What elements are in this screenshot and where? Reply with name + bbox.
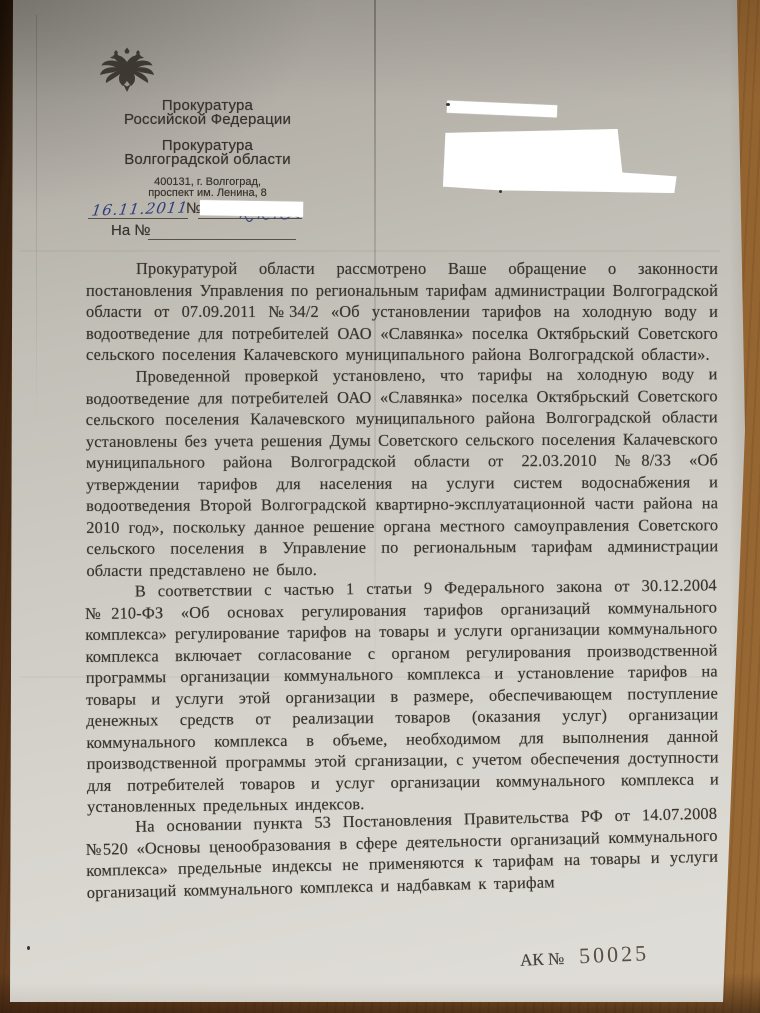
org-address-line2: проспект им. Ленина, 8: [80, 188, 335, 199]
letter-paper: Прокуратура Российской Федерации Прокура…: [0, 0, 760, 1013]
reply-number-label: На №: [111, 222, 150, 239]
body-paragraph: Прокуратурой области рассмотрено Ваше об…: [86, 258, 718, 366]
form-code-label: АК №: [520, 949, 565, 971]
reply-number-underline: [148, 239, 296, 240]
redaction-outgoing-number: [200, 200, 303, 217]
ink-speck: [27, 946, 30, 950]
outgoing-date-handwritten: 16.11.2011: [90, 198, 189, 219]
org-regional-line2: Волгоградской области: [80, 153, 335, 167]
form-code-number: 50025: [579, 940, 650, 969]
coat-of-arms-icon: [96, 46, 158, 96]
date-underline: [88, 218, 188, 219]
paper-crease-left: [36, 15, 37, 435]
paper-fold-line-upper: [20, 250, 720, 252]
org-name-federal: Прокуратура Российской Федерации: [80, 99, 335, 127]
redaction-addressee-line: [447, 101, 557, 118]
org-federal-line2: Российской Федерации: [80, 113, 335, 127]
stationery-form-code: АК № 50025: [519, 940, 649, 972]
letter-body: Прокуратурой области рассмотрено Ваше об…: [86, 258, 718, 903]
org-name-regional: Прокуратура Волгоградской области: [80, 139, 335, 167]
ink-speck: [446, 103, 450, 106]
body-paragraph: На основании пункта 53 Постановления Пра…: [85, 803, 719, 903]
ink-speck: [499, 190, 502, 193]
body-paragraph: В соответствии с частью 1 статьи 9 Федер…: [85, 574, 719, 817]
body-paragraph: Проведенной проверкой установлено, что т…: [86, 363, 719, 581]
redaction-addressee-block: [443, 129, 679, 193]
org-address: 400131, г. Волгоград, проспект им. Ленин…: [80, 177, 335, 199]
